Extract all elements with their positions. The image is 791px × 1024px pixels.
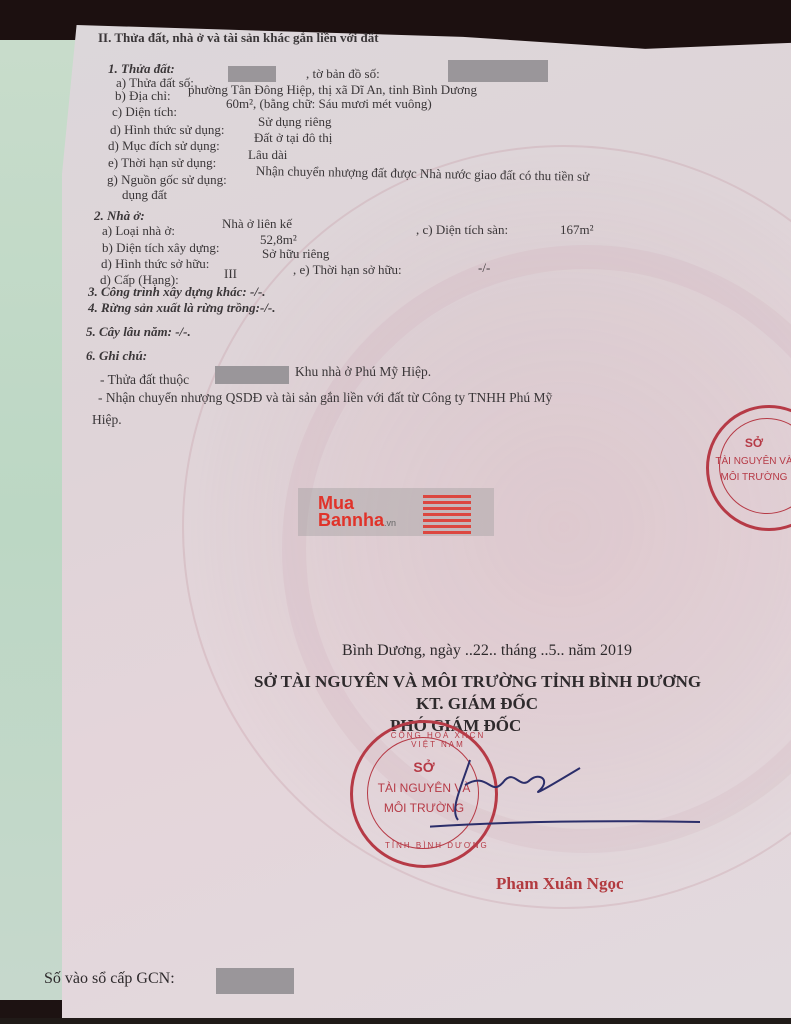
seal-side-text-1: SỞ bbox=[709, 436, 791, 450]
notes-heading: 6. Ghi chú: bbox=[86, 348, 147, 364]
note2-line2: Hiệp. bbox=[92, 412, 122, 428]
registry-label: Số vào sổ cấp GCN: bbox=[44, 970, 175, 988]
section-title: II. Thửa đất, nhà ở và tài sản khác gắn … bbox=[98, 30, 379, 46]
other-construction: 3. Công trình xây dựng khác: -/-. bbox=[88, 284, 266, 300]
origin-value-line2: dụng đất bbox=[122, 187, 167, 203]
house-type-value: Nhà ở liên kế bbox=[222, 216, 292, 232]
map-sheet-label: , tờ bản đồ số: bbox=[306, 66, 380, 82]
forest: 4. Rừng sản xuất là rừng trồng:-/-. bbox=[88, 300, 276, 316]
origin-label: g) Nguồn gốc sử dụng: bbox=[107, 172, 227, 188]
signature bbox=[430, 750, 710, 840]
build-area-label: b) Diện tích xây dựng: bbox=[102, 240, 220, 256]
address-label: b) Địa chỉ: bbox=[115, 88, 171, 104]
use-purpose-label: d) Mục đích sử dụng: bbox=[108, 138, 220, 154]
ownership-label: d) Hình thức sở hữu: bbox=[101, 256, 209, 272]
use-form-value: Sử dụng riêng bbox=[258, 114, 332, 130]
use-purpose-value: Đất ở tại đô thị bbox=[254, 130, 332, 146]
grade-value: III bbox=[224, 266, 237, 282]
issuing-agency: SỞ TÀI NGUYÊN VÀ MÔI TRƯỜNG TỈNH BÌNH DƯ… bbox=[254, 672, 701, 692]
house-heading: 2. Nhà ở: bbox=[94, 208, 145, 224]
perennial-trees: 5. Cây lâu năm: -/-. bbox=[86, 324, 191, 340]
note1-suffix: Khu nhà ở Phú Mỹ Hiệp. bbox=[295, 364, 431, 380]
floor-area-value: 167m² bbox=[560, 222, 594, 238]
watermark-suffix: .vn bbox=[384, 518, 396, 528]
signing-authority: KT. GIÁM ĐỐC bbox=[416, 694, 538, 714]
ownership-value: Sở hữu riêng bbox=[262, 246, 329, 262]
date-line: Bình Dương, ngày ..22.. tháng ..5.. năm … bbox=[342, 642, 632, 660]
background-dark-bottom bbox=[0, 1018, 791, 1024]
area-label: c) Diện tích: bbox=[112, 104, 177, 120]
seal-side-text-3: MÔI TRƯỜNG bbox=[709, 472, 791, 483]
note2-line1: - Nhận chuyển nhượng QSDĐ và tài sản gắn… bbox=[98, 390, 552, 406]
redacted-note1 bbox=[215, 366, 289, 384]
redacted-parcel-number bbox=[228, 66, 276, 82]
floor-area-label: , c) Diện tích sàn: bbox=[416, 222, 508, 238]
ownership-term-value: -/- bbox=[478, 260, 490, 276]
seal-side-text-2: TÀI NGUYÊN VÀ bbox=[709, 456, 791, 467]
use-term-value: Lâu dài bbox=[248, 147, 287, 163]
seal-ring-top: CỘNG HOÀ XHCN VIỆT NAM bbox=[381, 731, 495, 749]
redacted-map-sheet bbox=[448, 60, 548, 82]
use-form-label: d) Hình thức sử dụng: bbox=[110, 122, 224, 138]
building-icon bbox=[423, 492, 471, 534]
redacted-registry-number bbox=[216, 968, 294, 994]
signer-name: Phạm Xuân Ngọc bbox=[496, 874, 624, 894]
area-value: 60m², (bằng chữ: Sáu mươi mét vuông) bbox=[226, 96, 432, 112]
house-type-label: a) Loại nhà ở: bbox=[102, 223, 175, 239]
use-term-label: e) Thời hạn sử dụng: bbox=[108, 155, 216, 171]
watermark-line2: Bannha bbox=[318, 510, 384, 530]
ownership-term-label: , e) Thời hạn sở hữu: bbox=[293, 262, 402, 278]
note1-prefix: - Thửa đất thuộc bbox=[100, 372, 189, 388]
watermark-logo: Mua Bannha.vn bbox=[298, 488, 494, 536]
seal-ring-bottom: TỈNH BÌNH DƯƠNG bbox=[385, 841, 489, 850]
